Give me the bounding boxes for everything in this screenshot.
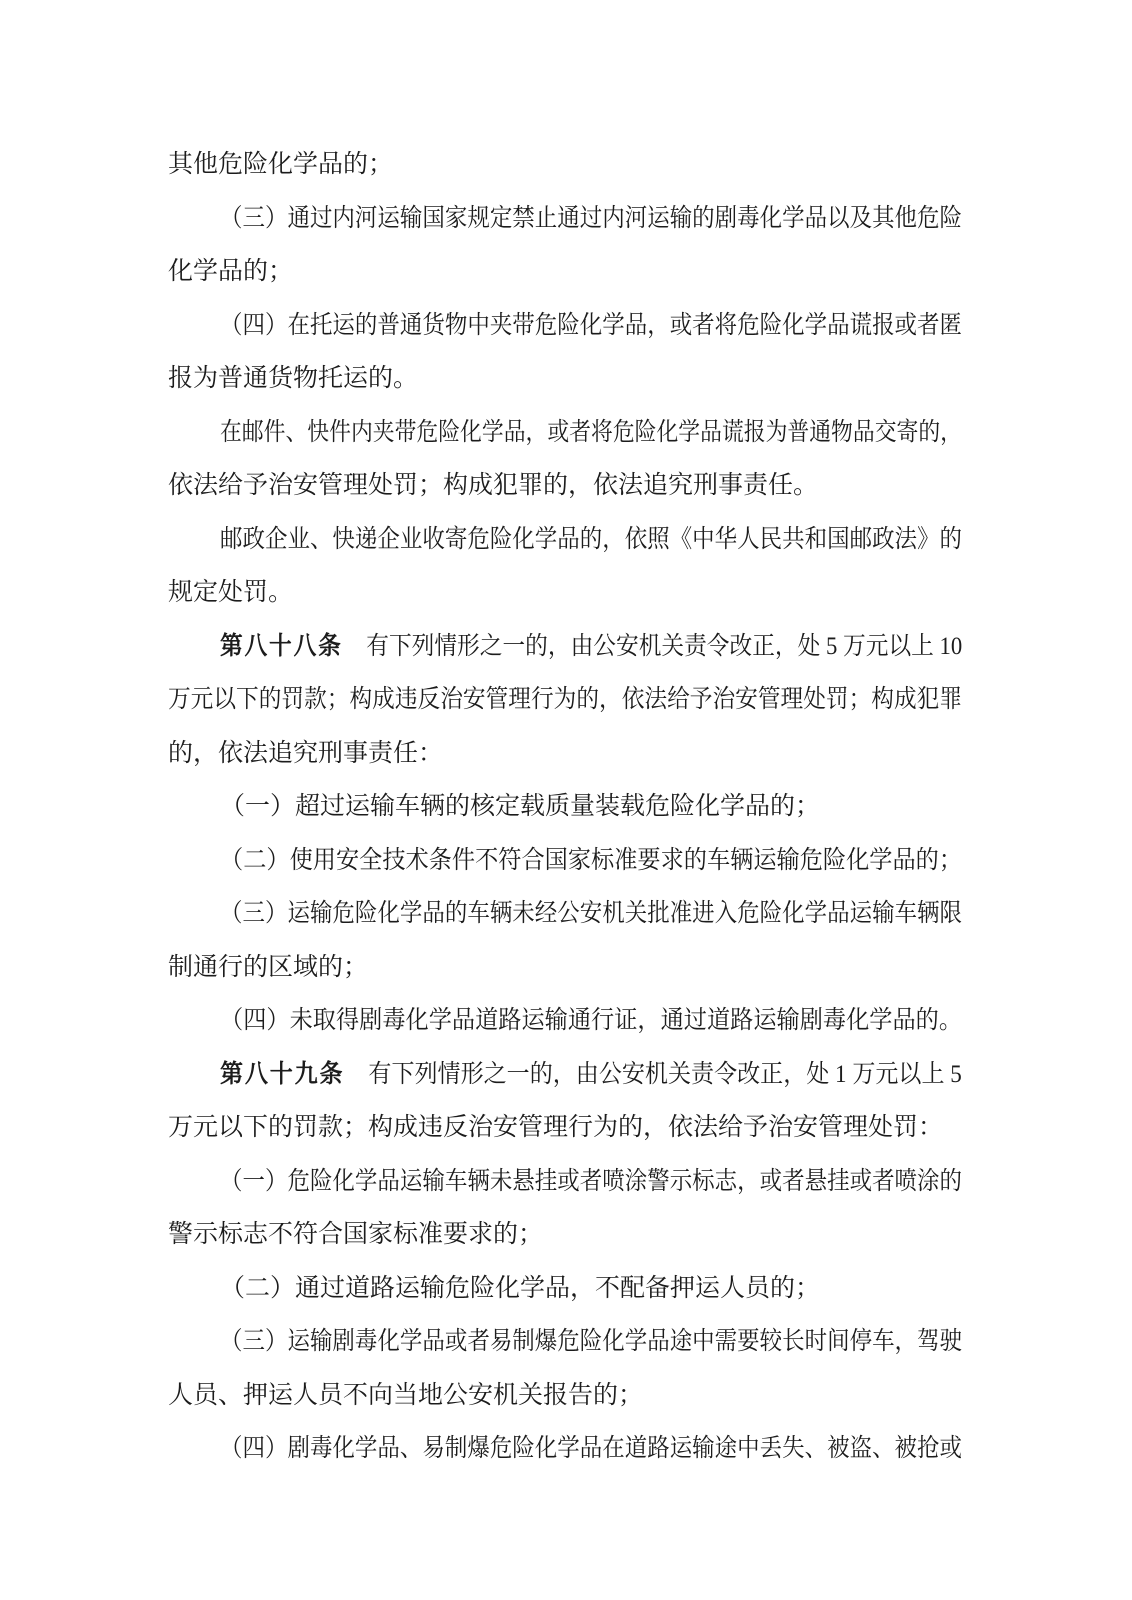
text-line: （一）危险化学品运输车辆未悬挂或者喷涂警示标志，或者悬挂或者喷涂的 — [168, 1155, 962, 1209]
text-line: 在邮件、快件内夹带危险化学品，或者将危险化学品谎报为普通物品交寄的， — [168, 406, 962, 460]
text-line-content: 化学品的； — [168, 245, 293, 299]
article-number: 第八十九条 — [220, 1061, 344, 1088]
text-line-content: （四）剧毒化学品、易制爆危险化学品在道路运输途中丢失、被盗、被抢或 — [220, 1422, 962, 1476]
text-line-content: （三）运输剧毒化学品或者易制爆危险化学品途中需要较长时间停车，驾驶 — [220, 1315, 962, 1369]
text-line-content: 第八十八条有下列情形之一的，由公安机关责令改正，处 5 万元以上 10 — [220, 620, 962, 674]
text-line: （三）通过内河运输国家规定禁止通过内河运输的剧毒化学品以及其他危险 — [168, 192, 962, 246]
document-body: 其他危险化学品的；（三）通过内河运输国家规定禁止通过内河运输的剧毒化学品以及其他… — [168, 138, 962, 1476]
text-line: 制通行的区域的； — [168, 941, 962, 995]
text-line-content: 警示标志不符合国家标准要求的； — [168, 1208, 543, 1262]
text-line-content: （二）通过道路运输危险化学品，不配备押运人员的； — [220, 1262, 820, 1316]
text-line: 规定处罚。 — [168, 566, 962, 620]
text-line: 依法给予治安管理处罚；构成犯罪的，依法追究刑事责任。 — [168, 459, 962, 513]
text-line: 人员、押运人员不向当地公安机关报告的； — [168, 1369, 962, 1423]
text-line-content: 报为普通货物托运的。 — [168, 352, 418, 406]
document-page: 其他危险化学品的；（三）通过内河运输国家规定禁止通过内河运输的剧毒化学品以及其他… — [0, 0, 1132, 1600]
text-line-content: 依法给予治安管理处罚；构成犯罪的，依法追究刑事责任。 — [168, 459, 818, 513]
text-line: （三）运输危险化学品的车辆未经公安机关批准进入危险化学品运输车辆限 — [168, 887, 962, 941]
text-line: 邮政企业、快递企业收寄危险化学品的，依照《中华人民共和国邮政法》的 — [168, 513, 962, 567]
text-line-content: （一）超过运输车辆的核定载质量装载危险化学品的； — [220, 780, 820, 834]
text-line: 第八十八条有下列情形之一的，由公安机关责令改正，处 5 万元以上 10 — [168, 620, 962, 674]
text-line: （四）剧毒化学品、易制爆危险化学品在道路运输途中丢失、被盗、被抢或 — [168, 1422, 962, 1476]
text-line-content: 制通行的区域的； — [168, 941, 368, 995]
text-line: 其他危险化学品的； — [168, 138, 962, 192]
text-line-content: （二）使用安全技术条件不符合国家标准要求的车辆运输危险化学品的； — [220, 834, 962, 888]
text-line-content: （三）运输危险化学品的车辆未经公安机关批准进入危险化学品运输车辆限 — [220, 887, 962, 941]
text-line: 报为普通货物托运的。 — [168, 352, 962, 406]
text-line-content: 其他危险化学品的； — [168, 138, 393, 192]
text-line-content: 万元以下的罚款；构成违反治安管理行为的，依法给予治安管理处罚： — [168, 1101, 943, 1155]
text-line-content: 第八十九条有下列情形之一的，由公安机关责令改正，处 1 万元以上 5 — [220, 1048, 962, 1102]
text-line: （二）通过道路运输危险化学品，不配备押运人员的； — [168, 1262, 962, 1316]
text-line-content: 在邮件、快件内夹带危险化学品，或者将危险化学品谎报为普通物品交寄的， — [220, 406, 962, 460]
text-line: （四）在托运的普通货物中夹带危险化学品，或者将危险化学品谎报或者匿 — [168, 299, 962, 353]
text-line-content: 人员、押运人员不向当地公安机关报告的； — [168, 1369, 643, 1423]
text-line: 的，依法追究刑事责任： — [168, 727, 962, 781]
text-line-content: （三）通过内河运输国家规定禁止通过内河运输的剧毒化学品以及其他危险 — [220, 192, 962, 246]
text-line: （四）未取得剧毒化学品道路运输通行证，通过道路运输剧毒化学品的。 — [168, 994, 962, 1048]
text-line: 警示标志不符合国家标准要求的； — [168, 1208, 962, 1262]
text-line-content: 规定处罚。 — [168, 566, 293, 620]
text-line-content: （一）危险化学品运输车辆未悬挂或者喷涂警示标志，或者悬挂或者喷涂的 — [220, 1155, 962, 1209]
text-line-content: 邮政企业、快递企业收寄危险化学品的，依照《中华人民共和国邮政法》的 — [220, 513, 962, 567]
text-line: （三）运输剧毒化学品或者易制爆危险化学品途中需要较长时间停车，驾驶 — [168, 1315, 962, 1369]
article-number: 第八十八条 — [220, 633, 343, 660]
text-line: （二）使用安全技术条件不符合国家标准要求的车辆运输危险化学品的； — [168, 834, 962, 888]
text-line-content: （四）未取得剧毒化学品道路运输通行证，通过道路运输剧毒化学品的。 — [220, 994, 962, 1048]
text-line-content: （四）在托运的普通货物中夹带危险化学品，或者将危险化学品谎报或者匿 — [220, 299, 962, 353]
text-line: （一）超过运输车辆的核定载质量装载危险化学品的； — [168, 780, 962, 834]
text-line-content: 万元以下的罚款；构成违反治安管理行为的，依法给予治安管理处罚；构成犯罪 — [168, 673, 962, 727]
text-line-content: 的，依法追究刑事责任： — [168, 727, 443, 781]
text-line: 化学品的； — [168, 245, 962, 299]
text-line: 万元以下的罚款；构成违反治安管理行为的，依法给予治安管理处罚： — [168, 1101, 962, 1155]
text-line: 万元以下的罚款；构成违反治安管理行为的，依法给予治安管理处罚；构成犯罪 — [168, 673, 962, 727]
text-line: 第八十九条有下列情形之一的，由公安机关责令改正，处 1 万元以上 5 — [168, 1048, 962, 1102]
